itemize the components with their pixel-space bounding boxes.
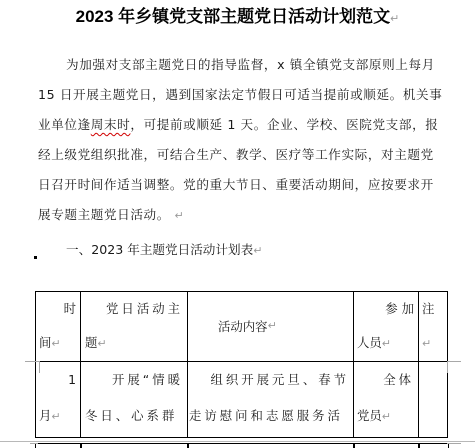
margin-crop-mark-icon	[447, 361, 448, 373]
document-page: 2023 年乡镇党支部主题党日活动计划范文↵ 为加强对支部主题党日的指导监督，x…	[0, 0, 475, 448]
body-text: 业单位逢	[38, 117, 91, 132]
body-line-3: 业单位逢周末时，可提前或顺延 1 天。企业、学校、医院党支部，报	[38, 110, 450, 140]
spellcheck-flagged-word[interactable]: 周末时	[91, 117, 131, 132]
margin-crop-mark-icon	[447, 361, 461, 362]
paragraph-mark-icon: ↵	[390, 13, 399, 25]
body-line-1: 为加强对支部主题党日的指导监督，x 镇全镇党支部原则上每月	[38, 50, 450, 80]
header-line: 题↵	[81, 326, 187, 361]
body-text: 展专题主题党日活动。	[38, 207, 170, 222]
cell-theme[interactable]: 开展“情暖 冬日、心系群	[81, 362, 188, 438]
header-line: 参 加	[354, 292, 418, 326]
paragraph-mark-icon: ↵	[253, 244, 262, 257]
margin-crop-mark-icon	[447, 443, 461, 444]
bullet-marker-icon	[34, 256, 37, 259]
cell-line: 走访慰问和志愿服务活	[188, 398, 353, 434]
cell-participants[interactable]: 全体 党员↵	[354, 362, 419, 438]
header-cell-theme[interactable]: 党日活动主 题↵	[81, 292, 188, 362]
body-line-4: 经上级党组织批准，可结合生产、教学、医疗等工作实际，对主题党	[38, 140, 450, 170]
cell-line: 全体	[354, 362, 418, 398]
title-text: 2023 年乡镇党支部主题党日活动计划范文	[76, 7, 391, 26]
body-line-6: 展专题主题党日活动。 ↵	[38, 200, 450, 230]
body-line-5: 日召开时间作适当调整。党的重大节日、重要活动期间，应按要求开	[38, 170, 450, 200]
document-title[interactable]: 2023 年乡镇党支部主题党日活动计划范文↵	[0, 6, 475, 30]
section-heading[interactable]: 一、2023 年主题党日活动计划表↵	[66, 241, 262, 260]
margin-crop-mark-icon	[30, 443, 38, 444]
cell-line: 冬日、心系群	[81, 398, 187, 434]
table-header-row: 时 间↵ 党日活动主 题↵ 活动内容↵ 参 加 人员↵ 注↵	[36, 292, 448, 362]
header-line: 间↵	[36, 326, 80, 361]
cell-line: 组织开展元旦、春节	[188, 362, 353, 398]
header-cell-content[interactable]: 活动内容↵	[188, 292, 354, 362]
header-line: 活动内容↵	[188, 292, 353, 359]
cell-note[interactable]	[419, 362, 448, 438]
body-text: ，可提前或顺延 1 天。企业、学校、医院党支部，报	[130, 117, 438, 132]
header-cell-note[interactable]: 注↵	[419, 292, 448, 362]
margin-crop-mark-icon	[39, 361, 40, 373]
header-line: 时	[36, 292, 80, 326]
section-heading-text: 一、2023 年主题党日活动计划表	[66, 242, 253, 257]
body-paragraph[interactable]: 为加强对支部主题党日的指导监督，x 镇全镇党支部原则上每月 15 日开展主题党日…	[38, 50, 450, 230]
page-break-line	[0, 441, 475, 442]
cell-content[interactable]: 组织开展元旦、春节 走访慰问和志愿服务活	[188, 362, 354, 438]
cell-month[interactable]: 1 月↵	[36, 362, 81, 438]
header-line: 人员↵	[354, 326, 418, 361]
cell-line: 月↵	[36, 398, 80, 435]
margin-crop-mark-icon	[25, 361, 39, 362]
body-line-2: 15 日开展主题党日，遇到国家法定节假日可适当提前或顺延。机关事	[38, 80, 450, 110]
cell-line: 1	[36, 362, 80, 398]
paragraph-mark-icon: ↵	[175, 209, 185, 222]
header-line: 注↵	[419, 292, 447, 361]
table-row: 1 月↵ 开展“情暖 冬日、心系群 组织开展元旦、春节 走访慰问和志愿服务活 全…	[36, 362, 448, 438]
activity-plan-table: 时 间↵ 党日活动主 题↵ 活动内容↵ 参 加 人员↵ 注↵ 1 月↵	[35, 291, 448, 438]
header-cell-participants[interactable]: 参 加 人员↵	[354, 292, 419, 362]
header-line: 党日活动主	[81, 292, 187, 326]
header-cell-month[interactable]: 时 间↵	[36, 292, 81, 362]
cell-line: 党员↵	[354, 398, 418, 435]
next-page-table-top	[35, 443, 449, 448]
cell-line: 开展“情暖	[81, 362, 187, 398]
